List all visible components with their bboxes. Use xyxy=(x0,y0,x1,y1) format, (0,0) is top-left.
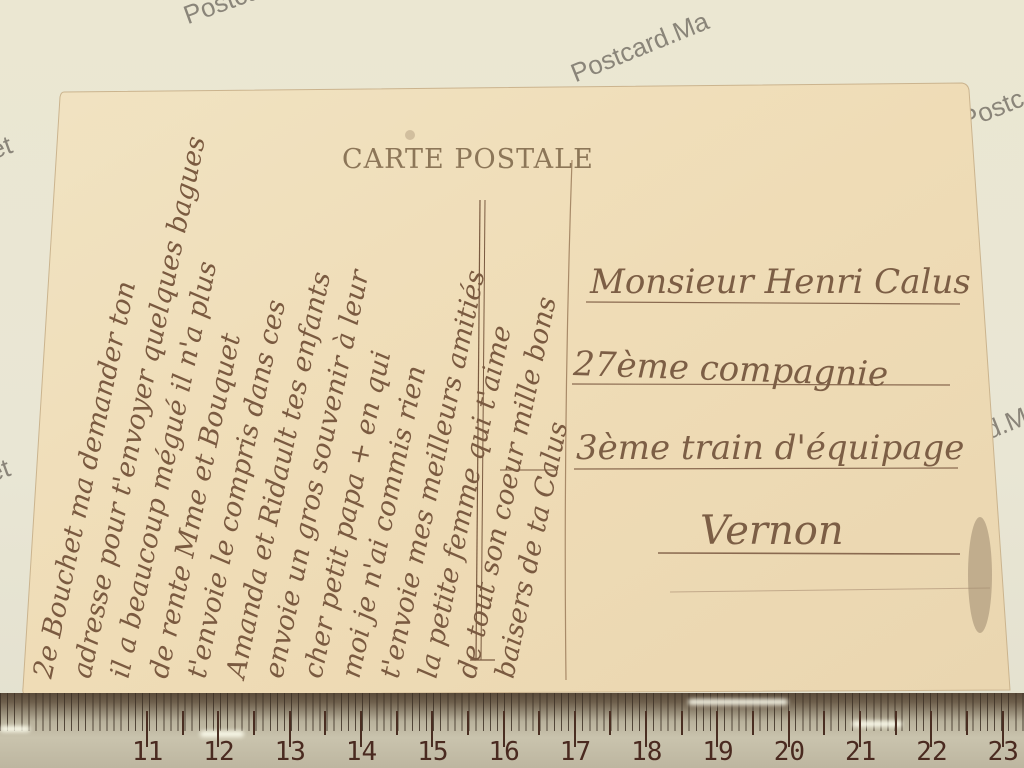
ruler-label: 14 xyxy=(346,737,377,767)
ruler-half-tick xyxy=(966,711,968,735)
ruler-half-tick xyxy=(609,711,611,735)
ruler-half-tick xyxy=(681,711,683,735)
postcard: CARTE POSTALE Monsieur Henri Calus 27ème… xyxy=(0,0,1024,768)
address-line-city: Vernon xyxy=(700,508,844,554)
ruler-half-tick xyxy=(752,711,754,735)
ruler-half-tick xyxy=(823,711,825,735)
ruler-label: 16 xyxy=(489,737,520,767)
ruler-label: 15 xyxy=(417,737,448,767)
ruler-label: 17 xyxy=(560,737,591,767)
address-line-unit: 3ème train d'équipage xyxy=(576,428,964,468)
address-line-name: Monsieur Henri Calus xyxy=(590,262,971,302)
measuring-ruler: 11121314151617181920212223 xyxy=(0,693,1024,768)
ruler-label: 22 xyxy=(916,737,947,767)
ruler-half-tick xyxy=(467,711,469,735)
ruler-label: 23 xyxy=(988,737,1019,767)
ruler-half-tick xyxy=(253,711,255,735)
ruler-half-tick xyxy=(396,711,398,735)
ruler-label: 12 xyxy=(203,737,234,767)
ruler-label: 18 xyxy=(631,737,662,767)
ruler-label: 13 xyxy=(275,737,306,767)
ruler-label: 21 xyxy=(845,737,876,767)
ruler-half-tick xyxy=(895,711,897,735)
postcard-header: CARTE POSTALE xyxy=(342,144,594,175)
ruler-half-tick xyxy=(182,711,184,735)
ruler-label: 11 xyxy=(132,737,163,767)
ruler-label: 20 xyxy=(774,737,805,767)
ruler-label: 19 xyxy=(702,737,733,767)
ruler-half-tick xyxy=(324,711,326,735)
ruler-half-tick xyxy=(538,711,540,735)
